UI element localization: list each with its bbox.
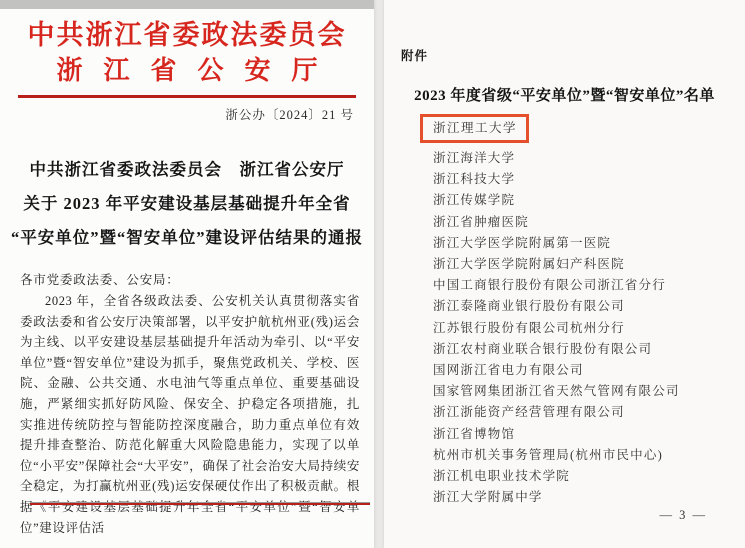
- unit-list-item: 浙江农村商业联合银行股份有限公司: [433, 339, 745, 360]
- unit-list: 浙江海洋大学浙江科技大学浙江传媒学院浙江省肿瘤医院浙江大学医学院附属第一医院浙江…: [433, 148, 745, 508]
- highlighted-unit: 浙江理工大学: [433, 121, 517, 136]
- document-title: 中共浙江省委政法委员会 浙江省公安厅关于 2023 年平安建设基层基础提升年全省…: [0, 153, 374, 255]
- unit-list-item: 浙江海洋大学: [433, 148, 745, 169]
- document-title-line: “平安单位”暨“智安单位”建设评估结果的通报: [0, 221, 374, 255]
- attachment-label: 附件: [401, 46, 745, 64]
- unit-list-item: 浙江大学医学院附属妇产科医院: [433, 254, 745, 275]
- unit-list-item: 浙江传媒学院: [433, 190, 745, 211]
- unit-list-item: 浙江机电职业技术学院: [433, 466, 745, 487]
- document-page-attachment: 附件 2023 年度省级“平安单位”暨“智安单位”名单 浙江理工大学 浙江海洋大…: [384, 0, 745, 548]
- header-red-rule: [18, 95, 356, 98]
- unit-list-item: 浙江泰隆商业银行股份有限公司: [433, 296, 745, 317]
- unit-list-item: 国网浙江省电力有限公司: [433, 360, 745, 381]
- unit-list-item: 中国工商银行股份有限公司浙江省分行: [433, 275, 745, 296]
- unit-list-item: 浙江浙能资产经营管理有限公司: [433, 402, 745, 423]
- unit-list-item: 浙江大学附属中学: [433, 487, 745, 508]
- scan-edge-strip: [0, 0, 374, 9]
- document-page-left: 中共浙江省委政法委员会 浙江省公安厅 浙公办〔2024〕21 号 中共浙江省委政…: [0, 0, 374, 548]
- unit-list-item: 浙江科技大学: [433, 169, 745, 190]
- unit-list-item: 江苏银行股份有限公司杭州分行: [433, 318, 745, 339]
- unit-list-item: 杭州市机关事务管理局(杭州市民中心): [433, 445, 745, 466]
- highlighted-unit-box: 浙江理工大学: [420, 114, 529, 143]
- document-title-line: 关于 2023 年平安建设基层基础提升年全省: [0, 187, 374, 221]
- footer-red-rule: [30, 502, 370, 505]
- issuing-org-line1: 中共浙江省委政法委员会: [0, 19, 374, 52]
- unit-list-item: 浙江省博物馆: [433, 424, 745, 445]
- unit-list-item: 国家管网集团浙江省天然气管网有限公司: [433, 381, 745, 402]
- unit-list-item: 浙江省肿瘤医院: [433, 212, 745, 233]
- page-number: — 3 —: [660, 508, 708, 523]
- unit-list-item: 浙江大学医学院附属第一医院: [433, 233, 745, 254]
- attachment-list-title: 2023 年度省级“平安单位”暨“智安单位”名单: [384, 84, 745, 105]
- document-title-line: 中共浙江省委政法委员会 浙江省公安厅: [0, 153, 374, 187]
- issuing-org-line2: 浙江省公安厅: [0, 52, 374, 89]
- salutation: 各市党委政法委、公安局：: [20, 270, 358, 290]
- document-number: 浙公办〔2024〕21 号: [0, 105, 374, 123]
